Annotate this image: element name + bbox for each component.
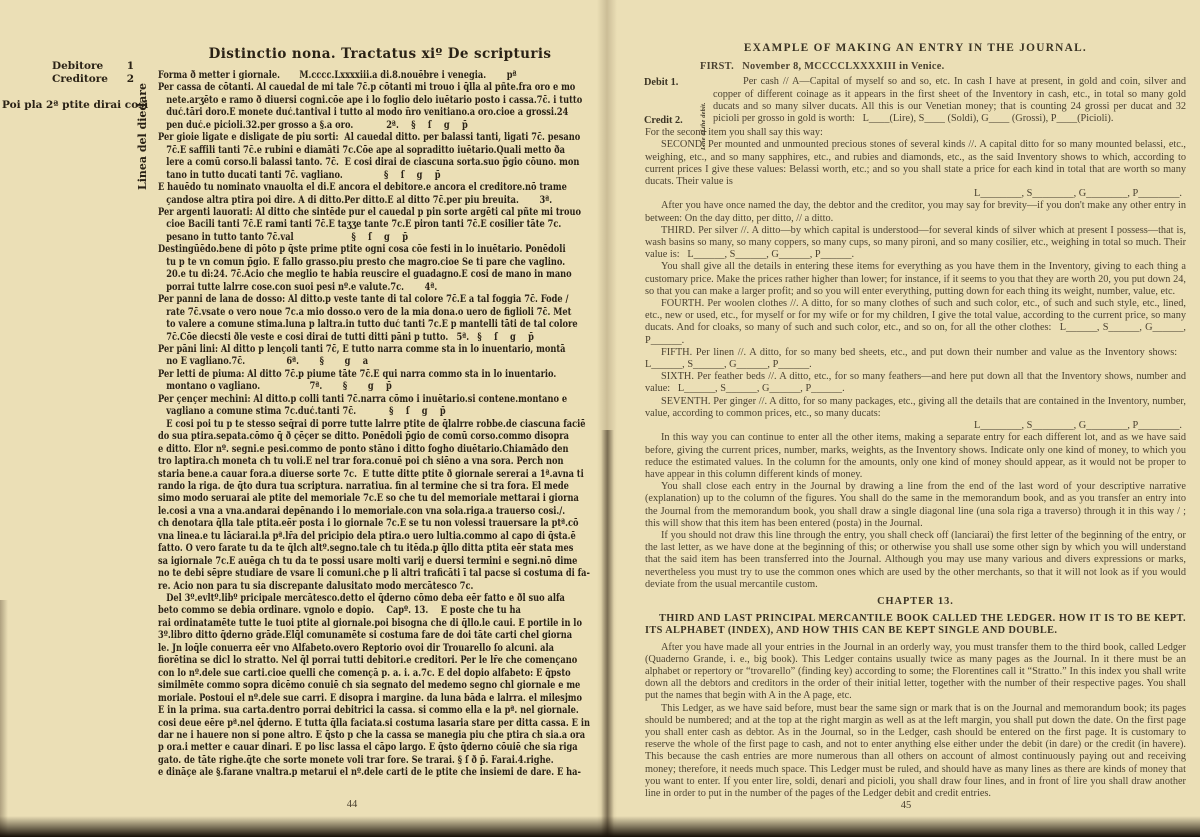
right-page-content: EXAMPLE OF MAKING AN ENTRY IN THE JOURNA…	[645, 42, 1186, 800]
gothic-text-line: Per gioie ligate e disligate de piu sort…	[158, 132, 599, 144]
gothic-text-line: montano o vagliano. 7ª. § g p̄	[158, 381, 599, 393]
right-page-title: EXAMPLE OF MAKING AN ENTRY IN THE JOURNA…	[645, 42, 1186, 54]
left-margin-vertical-note: Linea del diedare	[136, 56, 149, 190]
bottom-page-edge-shadow	[0, 816, 1200, 837]
left-margin-debit-credit-note: Debitore 1 Creditore 2	[52, 60, 134, 86]
left-page-running-head: Distinctio nona. Tractatus xiº De script…	[160, 46, 600, 62]
gothic-text-line: con lo nº.dele sue carti.cioe quelli che…	[158, 668, 599, 680]
gothic-text-line: no te debi sēpre studiare de vsare li co…	[158, 568, 599, 580]
paragraph: This Ledger, as we have said before, mus…	[645, 703, 1186, 801]
gothic-text-line: fatto. O vero farate tu da te q̄lch altº…	[158, 543, 599, 555]
gothic-text-line: e ditto. Elor nº. segni.e pesi.commo de …	[158, 444, 599, 456]
gothic-text-line: nete.arʒēto e ramo ð diuersi cogni.cōe a…	[158, 95, 599, 107]
gothic-text-line: gato. de tāte righe.q̄te che sorte monet…	[158, 755, 599, 767]
gothic-text-line: Per pāni lini: Al ditto p lençoli tanti …	[158, 344, 599, 356]
gothic-text-line: cioe Bacili tanti 7c̄.E rami tanti 7c̄.E…	[158, 219, 599, 231]
gothic-text-line: duć.tāri doro.E monete duć.tantival i tu…	[158, 107, 599, 119]
gothic-text-line: Destingūēdo.bene di pōto p q̄ste prime p…	[158, 244, 599, 256]
gothic-text-line: 3º.libro ditto q̄derno grāde.Elq̄l comun…	[158, 630, 599, 642]
paragraph: THIRD. Per silver //. A ditto—by which c…	[645, 225, 1186, 262]
right-page: EXAMPLE OF MAKING AN ENTRY IN THE JOURNA…	[618, 0, 1200, 837]
credit-margin-label: Credit 2.	[644, 115, 702, 127]
gothic-text-line: rando la riga. de q̄to dura tua scriptur…	[158, 481, 599, 493]
left-edge-shadow	[0, 600, 8, 837]
paragraph: In this way you can continue to enter al…	[645, 432, 1186, 481]
gothic-text-line: pen duć.e picioli.32.per grosso a §.a or…	[158, 120, 599, 132]
gothic-text-line: Del 3º.evltº.libº pricipale mercātesco.d…	[158, 593, 599, 605]
gothic-text-line: e dināçe ale §.farane vnaltra.p metarui …	[158, 767, 599, 779]
right-page-paragraphs: For the second item you shall say this w…	[645, 127, 1186, 800]
debitore-label: Debitore	[52, 60, 103, 73]
gothic-text-line: 7c̄.E saffili tanti 7c̄.e rubini e diamā…	[158, 145, 599, 157]
first-entry-subhead: FIRST. November 8, MCCCCLXXXXIII in Veni…	[700, 61, 1186, 73]
debit-margin-label: Debit 1.	[644, 77, 702, 89]
book-gutter-shadow-lower	[601, 430, 614, 837]
gothic-text-line: tro laptira.ch moneta ch tu voli.E nel t…	[158, 456, 599, 468]
paragraph: L________, S________, G________, P______…	[645, 188, 1186, 200]
paragraph: SECOND. Per mounted and unmounted precio…	[645, 139, 1186, 188]
paragraph: You shall give all the details in enteri…	[645, 261, 1186, 298]
gothic-text-line: rate 7c̄.vsate o vero noue 7c.a mio doss…	[158, 307, 599, 319]
paragraph: FOURTH. Per woolen clothes //. A ditto, …	[645, 298, 1186, 347]
debitore-row: Debitore 1	[52, 60, 134, 73]
left-page-number: 44	[322, 799, 382, 810]
line-of-debit-rotated-caption: Line of the debit.	[698, 78, 710, 150]
paragraph: SEVENTH. Per ginger //. A ditto, for so …	[645, 396, 1186, 420]
gothic-text-line: moriale. Postoui el nº.dele sue carri. E…	[158, 693, 599, 705]
left-page-gothic-text: Forma ð metter i giornale. M.cccc.Lxxxxi…	[158, 70, 599, 780]
gothic-text-line: cosi deue eēre pª.nel q̄derno. E tutta q…	[158, 718, 599, 730]
gothic-text-line: Per argenti lauorati: Al ditto che sintē…	[158, 207, 599, 219]
gothic-text-line: beto commo se debia ordinare. vgnolo e d…	[158, 605, 599, 617]
gothic-text-line: staria bene.a cauar fora.a diuerse sorte…	[158, 469, 599, 481]
first-journal-entry-block: Debit 1. Credit 2. Line of the debit. Pe…	[713, 76, 1186, 125]
gothic-text-line: çandose altra ptira poi dire. A di ditto…	[158, 195, 599, 207]
gothic-text-line: E cosi poi tu p te stesso seq̄rai di por…	[158, 419, 599, 431]
gothic-text-line: 20.e tu di:24. 7c̄.Acio che meglio te ha…	[158, 269, 599, 281]
paragraph: If you should not draw this line through…	[645, 530, 1186, 591]
gothic-text-line: porrai tutte lalrre cose.con suoi pesi n…	[158, 282, 599, 294]
creditore-row: Creditore 2	[52, 73, 134, 86]
gothic-text-line: Forma ð metter i giornale. M.cccc.Lxxxxi…	[158, 70, 599, 82]
paragraph: CHAPTER 13.	[645, 596, 1186, 608]
gothic-text-line: le.cosi a vna a vna.andarai depēnando i …	[158, 506, 599, 518]
gothic-text-line: simo modo seruarai ale ptite del memoria…	[158, 493, 599, 505]
gothic-text-line: vna linea.e tu lāciarai.la pª.lr̄a del p…	[158, 531, 599, 543]
gothic-text-line: no E vagliano.7c̄. 6ª. § g a	[158, 356, 599, 368]
paragraph: FIFTH. Per linen //. A ditto, for so man…	[645, 347, 1186, 371]
left-margin-side-note: Poi pla 2ª ptite dirai cosi	[2, 99, 148, 111]
gothic-text-line: Per cassa de cōtanti. Al cauedal de mi t…	[158, 82, 599, 94]
gothic-text-line: p ora.i metter e cauar dinari. E po lisc…	[158, 742, 599, 754]
gothic-text-line: to valere a comune stima.luna p laltra.i…	[158, 319, 599, 331]
paragraph: After you have made all your entries in …	[645, 642, 1186, 703]
gothic-text-line: E in la prima. sua carta.dentro porrai d…	[158, 705, 599, 717]
gothic-text-line: Per letti de piuma: Al ditto 7c̄.p piume…	[158, 369, 599, 381]
gothic-text-line: Per panni de lana de dosso: Al ditto.p v…	[158, 294, 599, 306]
paragraph: L________, S________, G________, P______…	[645, 420, 1186, 432]
first-entry-paragraph: Per cash // A—Capital of myself so and s…	[713, 76, 1186, 125]
gothic-text-line: tano in tutto ducati tanti 7c̄. vagliano…	[158, 170, 599, 182]
gothic-text-line: re. Acio non para tu sia discrepante dal…	[158, 581, 599, 593]
gothic-text-line: ch denotara q̄lla tale ptita.eēr posta i…	[158, 518, 599, 530]
gothic-text-line: do sua ptira.sepata.cōmo q̄ ð çēçer se d…	[158, 431, 599, 443]
book-spread-scan: Distinctio nona. Tractatus xiº De script…	[0, 0, 1200, 837]
paragraph: THIRD AND LAST PRINCIPAL MERCANTILE BOOK…	[645, 613, 1186, 637]
gothic-text-line: lere a comū corso.li balassi tanto. 7c̄.…	[158, 157, 599, 169]
gothic-text-line: Per çençer mechini: Al ditto.p colli tan…	[158, 394, 599, 406]
right-page-number: 45	[876, 800, 936, 811]
paragraph: After you have once named the day, the d…	[645, 200, 1186, 224]
gothic-text-line: similmēte commo sopra dicēmo conuiē ch s…	[158, 680, 599, 692]
paragraph: For the second item you shall say this w…	[645, 127, 1186, 139]
gothic-text-line: sa igiornale 7c.E auēga ch tu da te poss…	[158, 556, 599, 568]
gothic-text-line: le. Jn loq̄le conuerra eēr vno Alfabeto.…	[158, 643, 599, 655]
gothic-text-line: vagliano a comune stima 7c.duć.tanti 7c̄…	[158, 406, 599, 418]
creditore-label: Creditore	[52, 73, 108, 86]
gothic-text-line: E hauēdo tu nominato vnauolta el di.E an…	[158, 182, 599, 194]
paragraph: You shall close each entry in the Journa…	[645, 481, 1186, 530]
gothic-text-line: pesano in tutto tanto 7c̄.val § ſ g p̄	[158, 232, 599, 244]
debitore-number: 1	[127, 60, 134, 73]
gothic-text-line: 7c̄.Cōe diecsti ðle veste e cosi dirai d…	[158, 332, 599, 344]
paragraph: SIXTH. Per feather beds //. A ditto, etc…	[645, 371, 1186, 395]
creditore-number: 2	[127, 73, 134, 86]
gothic-text-line: rai ordinatamēte tutte le tuoi ptite al …	[158, 618, 599, 630]
gothic-text-line: dar ne i hauere non si pone altro. E q̄s…	[158, 730, 599, 742]
left-page: Distinctio nona. Tractatus xiº De script…	[0, 0, 600, 837]
gothic-text-line: tu p te vn comun p̄gio. E fallo grasso.p…	[158, 257, 599, 269]
gothic-text-line: fiorētina se dicl lo stratto. Nel q̄l po…	[158, 655, 599, 667]
